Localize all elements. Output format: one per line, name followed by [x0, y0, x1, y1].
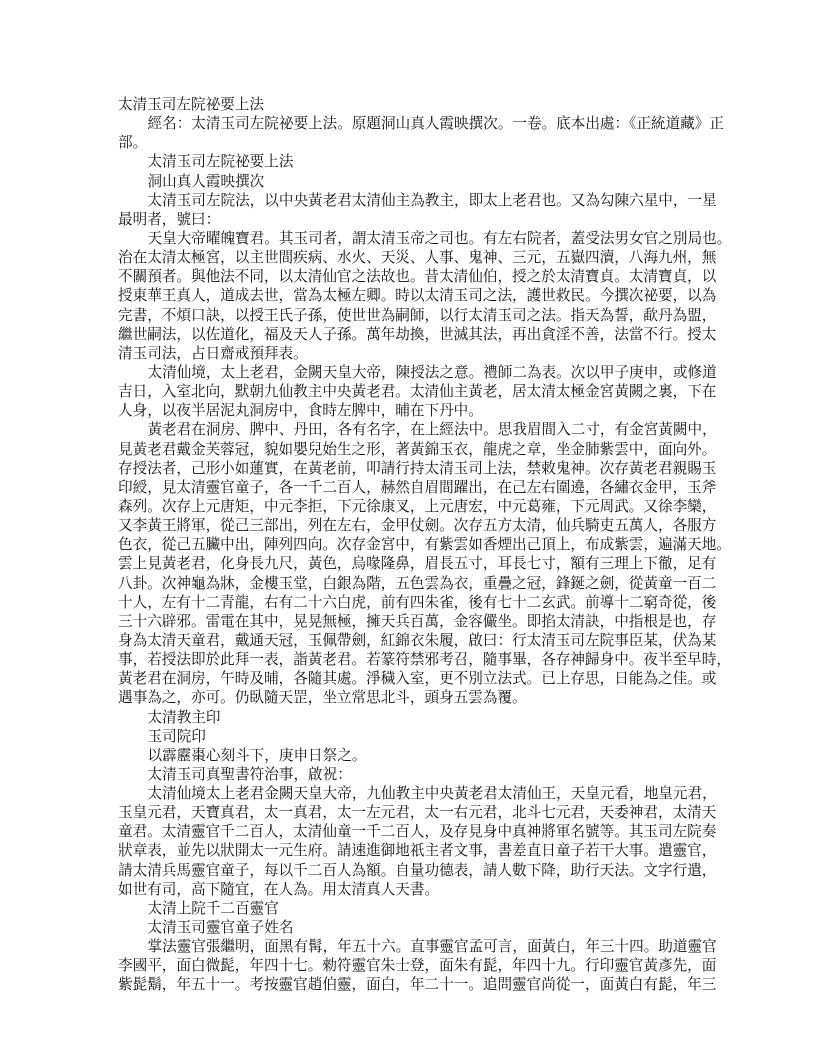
- text-line: 完書，不煩口訣，以授王氏子孫，使世世為嗣師，以行太清玉司之法。指天為誓，歃丹為盟…: [118, 306, 700, 325]
- text-line: 事，若授法即於此拜一表，詣黃老君。若篆符禁邪考召，隨事畢，各存神歸身中。夜半至早…: [118, 650, 700, 669]
- text-line: 太清教主印: [118, 708, 700, 727]
- text-line: 太清仙境太上老君金闕天皇大帝，九仙教主中央黃老君太清仙王，天皇元看，地皇元君，: [118, 784, 700, 803]
- text-line: 不關預者。與他法不同，以太清仙官之法故也。昔太清仙伯，授之於太清寶貞。太清寶貞，…: [118, 267, 700, 286]
- text-line: 天皇大帝曜魄寶君。其玉司者，謂太清玉帝之司也。有左右院者，蓋受法男女官之別局也。: [118, 229, 700, 248]
- text-line: 太清玉司真聖書符治事，啟祝：: [118, 765, 700, 784]
- text-line: 十人，左有十二青龍，右有二十六白虎，前有四朱雀，後有七十二玄武。前導十二窮奇從，…: [118, 593, 700, 612]
- text-line: 黃老君在洞房、脾中、丹田，各有名字，在上經法中。思我眉間入二寸，有金宮黃闕中，: [118, 420, 700, 439]
- text-line: 掌法靈官張繼明，面黑有髯，年五十六。直事靈官孟可言，面黃白，年三十四。助道靈官: [118, 937, 700, 956]
- text-line: 治在太清太極宮，以主世間疾病、水火、天災、人事、鬼神、三元，五嶽四瀆，八海九州，…: [118, 248, 700, 267]
- text-line: 太清上院千二百靈官: [118, 899, 700, 918]
- text-line: 紫髭鬍，年五十一。考按靈官趙伯靈，面白，年二十一。追問靈官尚從一，面黃白有髭，年…: [118, 975, 700, 994]
- text-line: 色衣，從己五臟中出，陣列四向。次存金宮中，有紫雲如香煙出己頂上，布成紫雲，遍滿天…: [118, 535, 700, 554]
- text-line: 太清玉司左院祕要上法: [118, 152, 700, 171]
- text-line: 見黃老君戴金芙蓉冠，貌如嬰兒始生之形，著黃錦玉衣，龍虎之章，坐金肺紫雲中，面向外…: [118, 440, 700, 459]
- text-line: 洞山真人霞映撰次: [118, 172, 700, 191]
- text-line: 清玉司法，占日齋戒預拜表。: [118, 344, 700, 363]
- document-title: 太清玉司左院祕要上法: [118, 95, 700, 114]
- text-line: 太清玉司左院法，以中央黃老君太清仙主為教主，即太上老君也。又為勾陳六星中，一星: [118, 191, 700, 210]
- text-line: 太清仙境，太上老君，金闕天皇大帝，陳授法之意。禮師二為表。次以甲子庚申，或修道: [118, 363, 700, 382]
- text-line: 存授法者，己形小如蓮實，在黃老前，叩請行持太清玉司上法，禁敕鬼神。次存黃老君親賜…: [118, 459, 700, 478]
- text-line: 人身，以夜半居泥丸洞房中，食時左脾中，晡在下丹中。: [118, 401, 700, 420]
- text-line: 八卦。次神龜為牀，金樓玉堂，白銀為階，五色雲為衣，重疊之冠，鋒鋋之劍，從黃童一百…: [118, 574, 700, 593]
- text-line: 吉日，入室北向，默朝九仙教主中央黃老君。太清仙主黃老，居太清太極金宮黃闕之裏，下…: [118, 382, 700, 401]
- text-line: 經名：太清玉司左院祕要上法。原題洞山真人霞映撰次。一卷。底本出處：《正統道藏》正: [118, 114, 700, 133]
- text-line: 黃老君在洞房，午時及晡，各隨其處。淨穢入室，更不別立法式。已上存思，日能為之佳。…: [118, 669, 700, 688]
- text-line: 最明者，號曰：: [118, 210, 700, 229]
- text-line: 部。: [118, 133, 700, 152]
- text-line: 以霹靂棗心刻斗下，庚申日祭之。: [118, 746, 700, 765]
- text-line: 森列。次存上元唐矩，中元李拒，下元徐康叉，上元唐宏，中元葛雍，下元周武。又徐李欒…: [118, 497, 700, 516]
- text-line: 授東華王真人，道成去世，當為太極左卿。時以太清玉司之法，護世救民。今撰次祕要，以…: [118, 286, 700, 305]
- text-line: 童君。太清靈官千二百人，太清仙童一千二百人，及存見身中真神將軍名號等。其玉司左院…: [118, 822, 700, 841]
- text-line: 玉司院印: [118, 727, 700, 746]
- text-line: 李國平，面白微髭，年四十七。勑符靈官朱士登，面朱有髭，年四十九。行印靈官黃彥先，…: [118, 956, 700, 975]
- text-line: 三十六辟邪。雷電在其中，晃晃無極，擁天兵百萬，金容儼坐。即掐太清訣，中指根是也，…: [118, 612, 700, 631]
- document-page: 太清玉司左院祕要上法經名：太清玉司左院祕要上法。原題洞山真人霞映撰次。一卷。底本…: [118, 95, 700, 995]
- text-line: 身為太清天童君，戴通天冠，玉佩帶劍，紅錦衣朱履，啟曰：行太清玉司左院事臣某，伏為…: [118, 631, 700, 650]
- text-line: 如世有司，高下隨宜，在人為。用太清真人天書。: [118, 880, 700, 899]
- text-line: 印綬，見太清靈官童子，各一千二百人，赫然自眉間躍出，在己左右圍遶，各繡衣金甲，玉…: [118, 478, 700, 497]
- text-line: 雲上見黃老君，化身長九尺，黃色，烏喙隆鼻，眉長五寸，耳長七寸，額有三理上下徹，足…: [118, 554, 700, 573]
- text-line: 遇事為之，亦可。仍臥隨天罡，坐立常思北斗，頭身五雲為覆。: [118, 688, 700, 707]
- text-line: 狀章表，並先以狀開太一元生府。請速進御地祇主者文事，書差直日童子若干大事。遣靈官…: [118, 841, 700, 860]
- text-line: 太清玉司靈官童子姓名: [118, 918, 700, 937]
- text-line: 繼世嗣法，以佐道化，福及天人子孫。萬年劫換，世滅其法，再出貪淫不善，法當不行。授…: [118, 325, 700, 344]
- text-line: 玉皇元君，天寶真君，太一真君，太一左元君，太一右元君，北斗七元君，天委神君，太清…: [118, 803, 700, 822]
- text-line: 又李黃王將軍，從己三部出，列在左右，金甲仗劍。次存五方太清，仙兵騎吏五萬人，各服…: [118, 516, 700, 535]
- text-line: 請太清兵馬靈官童子，每以千二百人為額。自量功德表，請人數下降，助行天法。文字行遣…: [118, 861, 700, 880]
